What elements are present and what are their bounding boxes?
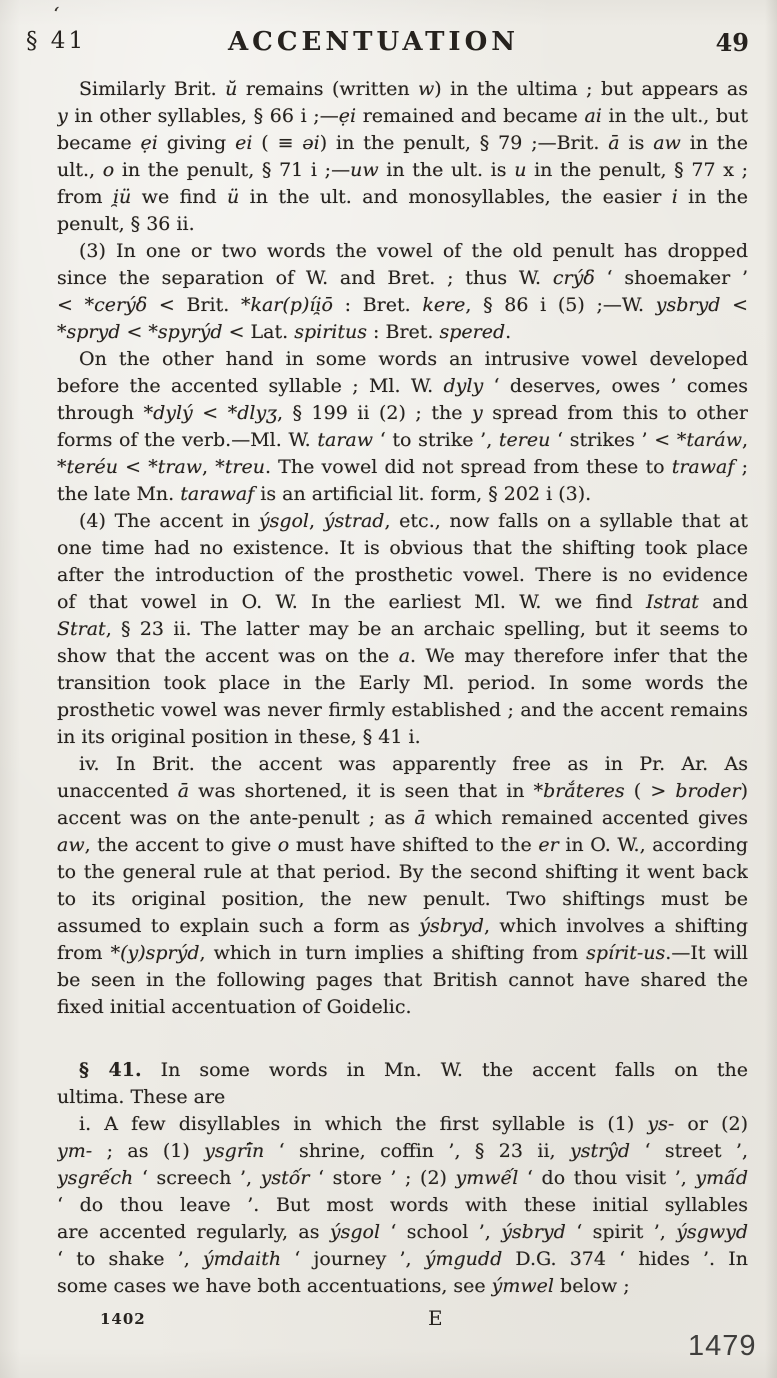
text-line: *teréu < *traw, *treu. The vowel did not… (57, 454, 748, 481)
text-line: penult, § 36 ii. (57, 211, 748, 238)
scan-stamp-number: 1479 (688, 1330, 757, 1363)
press-figure: 1402 (100, 1310, 146, 1328)
para-3-old-penult: (3) In one or two words the vowel of the… (57, 238, 748, 346)
text-line: some cases we have both accentuations, s… (57, 1273, 748, 1300)
text-line: transition took place in the Early Ml. p… (57, 670, 748, 697)
text-line: (3) In one or two words the vowel of the… (57, 238, 748, 265)
text-line: ym- ; as (1) ysgrī́n ‘ shrine, coffin ’,… (57, 1138, 748, 1165)
text-line: since the separation of W. and Bret. ; t… (57, 265, 748, 292)
stray-ink-mark: ‘ (50, 2, 61, 27)
text-line: before the accented syllable ; Ml. W. dy… (57, 373, 748, 400)
text-line: to its original position, the new penult… (57, 886, 748, 913)
text-line: Strat, § 23 ii. The latter may be an arc… (57, 616, 748, 643)
text-line: show that the accent was on the a. We ma… (57, 643, 748, 670)
running-header-title: ACCENTUATION (0, 27, 747, 57)
text-line: assumed to explain such a form as ýsbryd… (57, 913, 748, 940)
text-line: the late Mn. tarawaf is an artificial li… (57, 481, 748, 508)
text-line: *spryd < *spyrýd < Lat. spiritus : Bret.… (57, 319, 748, 346)
text-line: Similarly Brit. ŭ remains (written w) in… (57, 76, 748, 103)
text-line: from i̯ü we find ü in the ult. and monos… (57, 184, 748, 211)
signature-mark: E (428, 1306, 443, 1330)
para-brit-u-ultima: Similarly Brit. ŭ remains (written w) in… (57, 76, 748, 238)
text-line: became ẹi giving ei ( ≡ əi) in the penul… (57, 130, 748, 157)
text-line: from *(y)sprýd, which in turn implies a … (57, 940, 748, 967)
para-iv-brit-accent: iv. In Brit. the accent was apparently f… (57, 751, 748, 1021)
text-line: be seen in the following pages that Brit… (57, 967, 748, 994)
text-line: (4) The accent in ýsgol, ýstrad, etc., n… (57, 508, 748, 535)
text-line: through *dylý < *dlyʒ, § 199 ii (2) ; th… (57, 400, 748, 427)
page-number: 49 (716, 28, 749, 57)
text-line: ‘ to shake ’, ýmdaith ‘ journey ’, ýmgud… (57, 1246, 748, 1273)
text-line: ult., o in the penult, § 71 i ;—uw in th… (57, 157, 748, 184)
text-line: prosthetic vowel was never firmly establ… (57, 697, 748, 724)
text-line: i. A few disyllables in which the first … (57, 1111, 748, 1138)
text-line: ultima. These are (57, 1084, 748, 1111)
text-line: to the general rule at that period. By t… (57, 859, 748, 886)
text-line: of that vowel in O. W. In the earliest M… (57, 589, 748, 616)
para-i-disyllables: i. A few disyllables in which the first … (57, 1111, 748, 1300)
text-line: < *cerýδ < Brit. *kar(p)íi̯ō : Bret. ker… (57, 292, 748, 319)
text-line: accent was on the ante-penult ; as ā whi… (57, 805, 748, 832)
text-line: in its original position in these, § 41 … (57, 724, 748, 751)
text-line: ysgrếch ‘ screech ’, ystốr ‘ store ’ ; (… (57, 1165, 748, 1192)
text-line: fixed initial accentuation of Goidelic. (57, 994, 748, 1021)
text-line: after the introduction of the prosthetic… (57, 562, 748, 589)
book-page-scan: ‘ § 41 ACCENTUATION 49 Similarly Brit. ŭ… (0, 0, 777, 1378)
text-block: Similarly Brit. ŭ remains (written w) in… (57, 76, 748, 1300)
section-41-heading: § 41. In some words in Mn. W. the accent… (57, 1057, 748, 1111)
text-line: iv. In Brit. the accent was apparently f… (57, 751, 748, 778)
para-4-ysgol-ystrad: (4) The accent in ýsgol, ýstrad, etc., n… (57, 508, 748, 751)
text-line: are accented regularly, as ýsgol ‘ schoo… (57, 1219, 748, 1246)
text-line: § 41. In some words in Mn. W. the accent… (57, 1057, 748, 1084)
para-intrusive-vowel: On the other hand in some words an intru… (57, 346, 748, 508)
text-line: unaccented ā was shortened, it is seen t… (57, 778, 748, 805)
text-line: On the other hand in some words an intru… (57, 346, 748, 373)
text-line: one time had no existence. It is obvious… (57, 535, 748, 562)
text-line: y in other syllables, § 66 i ;—ẹi remain… (57, 103, 748, 130)
text-line: forms of the verb.—Ml. W. taraw ‘ to str… (57, 427, 748, 454)
text-line: aw, the accent to give o must have shift… (57, 832, 748, 859)
text-line: ‘ do thou leave ’. But most words with t… (57, 1192, 748, 1219)
